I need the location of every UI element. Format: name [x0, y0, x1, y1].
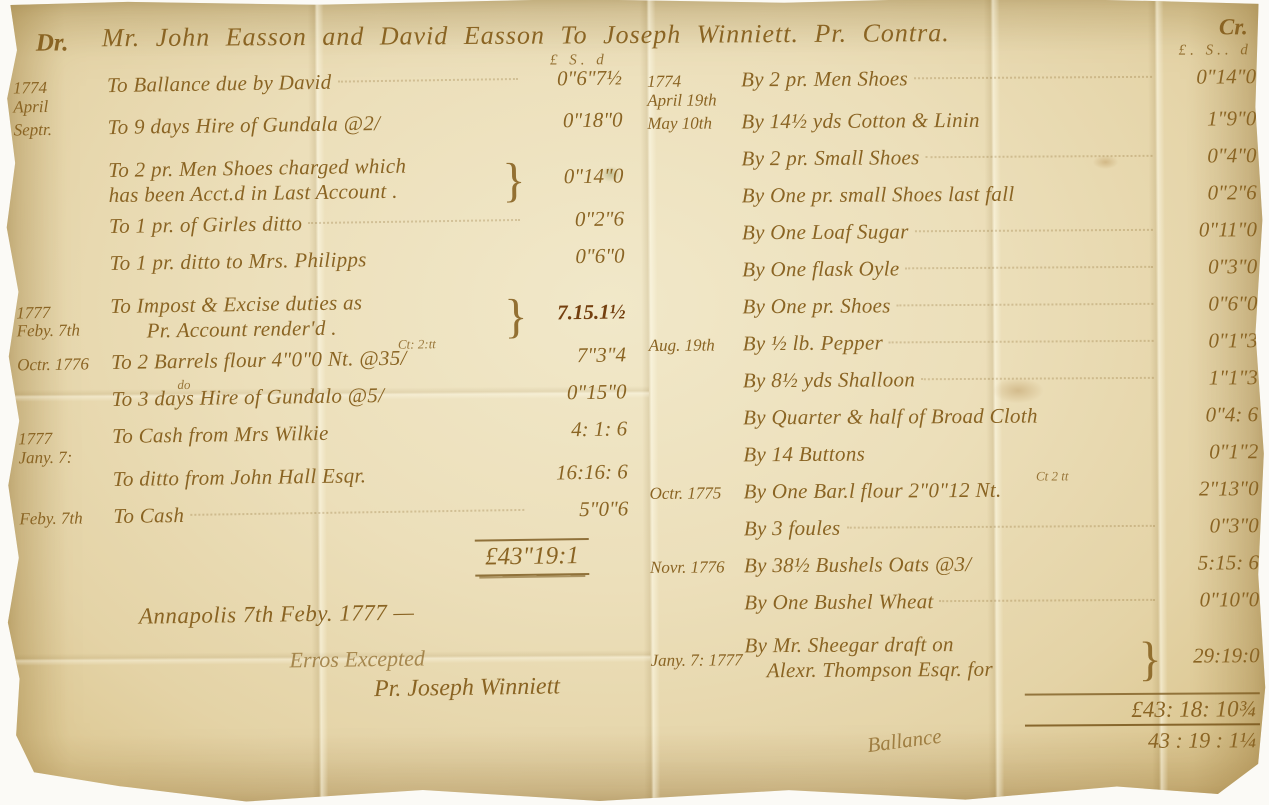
- spacer: [329, 437, 529, 440]
- entry-date: [18, 402, 112, 407]
- balance-total: 43 : 19 : 1¼: [1148, 728, 1256, 754]
- entry-description: By One flask Oyle: [742, 257, 899, 283]
- entry-date: Octr. 1775: [649, 481, 743, 504]
- entry-description: By One Loaf Sugar: [742, 220, 909, 246]
- entry-amount: 5:15: 6: [1161, 551, 1259, 577]
- entry-description: By 2 pr. Men Shoes: [741, 66, 908, 92]
- entry-line1: To Impost & Excise duties as: [110, 291, 362, 320]
- entry-date: Jany. 7: 1777: [651, 647, 745, 670]
- ledger-columns: 1774 April To Ballance due by David 0"6"…: [16, 64, 1260, 804]
- entry-date: [649, 458, 743, 463]
- entry-amount: 7.15.1½: [527, 299, 625, 325]
- entry-date: Novr. 1776: [650, 555, 744, 578]
- entry-description: By One Bushel Wheat: [744, 590, 934, 616]
- entry-description: By Mr. Sheegar draft on Alexr. Thompson …: [744, 632, 993, 684]
- ledger-row: 1774 April 19th By 2 pr. Men Shoes 0"14"…: [647, 64, 1256, 110]
- entry-date: [649, 421, 743, 426]
- entry-date: [648, 236, 742, 241]
- ledger-row: By One flask Oyle 0"3"0: [648, 255, 1257, 296]
- errors-excepted: Erros Excepted: [289, 642, 630, 673]
- ledger-row: By 8½ yds Shalloon 1"1"3: [649, 366, 1258, 407]
- entry-description: To ditto from John Hall Esqr.: [113, 463, 367, 492]
- scanned-ledger-page: Dr. Mr. John Easson and David Easson To …: [0, 0, 1269, 805]
- dotted-leader: [921, 377, 1154, 380]
- entry-description: To 2 pr. Men Shoes charged which has bee…: [108, 154, 407, 208]
- entry-amount: 4: 1: 6: [529, 417, 627, 443]
- ledger-row: May 10th By 14½ yds Cotton & Linin 1"9"0: [647, 107, 1256, 148]
- balance-label: Ballance: [866, 724, 943, 758]
- entry-description: By 3 foules: [744, 516, 841, 542]
- ledger-row: To 2 pr. Men Shoes charged which has bee…: [14, 145, 624, 216]
- entry-date: Aug. 19th: [649, 333, 743, 356]
- entry-line2: Alexr. Thompson Esqr. for: [767, 657, 993, 683]
- ledger-row: By One Bushel Wheat 0"10"0: [650, 588, 1259, 629]
- entry-description: By 8½ yds Shalloon: [743, 368, 915, 394]
- entry-date: [16, 266, 110, 271]
- entry-line2: Pr. Account render'd .: [146, 316, 362, 344]
- entry-amount: 0"2"6: [526, 207, 624, 233]
- entry-description: By Quarter & half of Broad Cloth: [743, 404, 1038, 431]
- dotted-leader: [897, 303, 1154, 307]
- spacer: [366, 480, 530, 482]
- brace-glyph: }: [1138, 641, 1161, 680]
- dotted-leader: [338, 78, 518, 83]
- spacer: [380, 128, 524, 130]
- spacer: [362, 314, 498, 316]
- spacer: [384, 400, 528, 402]
- entry-date: 1777 Feby. 7th: [16, 299, 111, 342]
- entry-date: [14, 181, 108, 186]
- ledger-row: 1777 Feby. 7th To Impost & Excise duties…: [16, 281, 626, 352]
- spacer: [407, 363, 528, 365]
- dotted-leader: [940, 599, 1156, 602]
- spacer: [865, 459, 1160, 461]
- brace-glyph: }: [504, 298, 528, 337]
- entry-line2: has been Acct.d in Last Account .: [108, 179, 406, 208]
- entry-description: To 1 pr. ditto to Mrs. Philipps: [109, 248, 366, 277]
- ledger-row: By 14 Buttons 0"1"2: [649, 440, 1258, 481]
- entry-date: [648, 199, 742, 204]
- entry-amount: 0"3"0: [1159, 255, 1257, 281]
- entry-amount: 0"11"0: [1159, 218, 1257, 244]
- entry-amount: 0"14"0: [525, 163, 623, 189]
- entry-date: 1774 April 19th: [647, 68, 741, 110]
- entry-date: Feby. 7th: [19, 505, 113, 529]
- entry-date: Septr.: [13, 116, 107, 140]
- credit-label: Cr.: [1219, 14, 1248, 40]
- account-title: Mr. John Easson and David Easson To Jose…: [102, 17, 1122, 53]
- entry-date: May 10th: [647, 111, 741, 134]
- entry-date: 1777 Jany. 7:: [18, 425, 113, 468]
- spacer: [971, 570, 1161, 571]
- dotted-leader: [846, 525, 1154, 529]
- entry-amount: 0"14"0: [1158, 64, 1256, 90]
- entry-description: By 2 pr. Small Shoes: [741, 146, 919, 172]
- entry-amount: 0"6"7½: [524, 65, 622, 91]
- entry-amount: 0"15"0: [528, 380, 626, 406]
- spacer: [367, 264, 527, 266]
- entry-date: [15, 229, 109, 234]
- spacer: [1038, 422, 1160, 423]
- weight-note: Ct: 2:tt: [398, 337, 436, 354]
- entry-amount: 1"9"0: [1158, 107, 1256, 133]
- entry-date: [649, 384, 743, 389]
- dotted-leader: [915, 229, 1153, 232]
- entry-amount: 0"2"6: [1159, 181, 1257, 207]
- entry-date: [650, 606, 744, 611]
- entry-amount: 0"10"0: [1161, 588, 1259, 614]
- spacer: [1014, 200, 1158, 201]
- ledger-row: By 2 pr. Small Shoes 0"4"0: [647, 144, 1256, 185]
- entry-description: To 2 Barrels flour 4"0"0 Nt. @35/: [111, 346, 407, 375]
- entry-date: 1774 April: [13, 74, 108, 117]
- ledger-sheet: Dr. Mr. John Easson and David Easson To …: [2, 0, 1269, 805]
- entry-description: To Cash from Mrs Wilkie: [112, 421, 329, 449]
- entry-date: Octr. 1776: [17, 351, 111, 375]
- credit-column: 1774 April 19th By 2 pr. Men Shoes 0"14"…: [647, 64, 1260, 800]
- signature: Pr. Joseph Winniett: [374, 672, 631, 703]
- entry-date: [19, 482, 113, 487]
- place-and-date: Annapolis 7th Feby. 1777 —: [139, 596, 630, 629]
- entry-amount: 0"1"2: [1160, 440, 1258, 466]
- entry-description: By 14 Buttons: [743, 442, 865, 468]
- entry-description: By 14½ yds Cotton & Linin: [741, 108, 980, 134]
- debit-total-row: £43"19:1: [20, 538, 589, 583]
- entry-description: To 3 days Hire of Gundalo @5/: [111, 383, 384, 412]
- ledger-row: Jany. 7: 1777 By Mr. Sheegar draft on Al…: [650, 625, 1259, 691]
- credit-subtotal: £43: 18: 10¾: [1025, 693, 1260, 725]
- entry-amount: 0"1"3: [1160, 329, 1258, 355]
- entry-amount: 0"4: 6: [1160, 403, 1258, 429]
- entry-date: [648, 310, 742, 315]
- entry-amount: 29:19:0: [1161, 643, 1259, 669]
- entry-date: [648, 162, 742, 167]
- entry-description: By One pr. small Shoes last fall: [742, 182, 1015, 209]
- spacer: [980, 126, 1158, 127]
- entry-date: [648, 273, 742, 278]
- entry-description: To Impost & Excise duties as Pr. Account…: [110, 291, 363, 345]
- debit-total: £43"19:1: [475, 538, 589, 577]
- ledger-row: Novr. 1776 By 38½ Bushels Oats @3/ 5:15:…: [650, 551, 1259, 592]
- entry-amount: 0"18"0: [524, 108, 622, 134]
- entry-amount: 7"3"4: [528, 343, 626, 369]
- entry-description: By 38½ Bushels Oats @3/: [744, 552, 972, 578]
- ledger-row: Feby. 7th To Cash 5"0"6: [19, 496, 628, 542]
- entry-description: By One Bar.l flour 2"0"12 Nt.: [743, 478, 1001, 505]
- entry-line1: By Mr. Sheegar draft on: [744, 632, 992, 659]
- entry-description: By One pr. Shoes: [742, 294, 890, 320]
- entry-amount: 1"1"3: [1160, 366, 1258, 392]
- entry-amount: 0"6"0: [526, 244, 624, 270]
- entry-amount: 5"0"6: [530, 496, 628, 522]
- spacer: [1002, 496, 1161, 497]
- entry-date: [650, 532, 744, 537]
- brace-glyph: }: [502, 162, 526, 201]
- dotted-leader: [190, 509, 524, 516]
- dotted-leader: [905, 266, 1153, 270]
- ledger-row: By 3 foules 0"3"0: [650, 514, 1259, 555]
- ledger-row: Aug. 19th By ½ lb. Pepper 0"1"3: [649, 329, 1258, 370]
- entry-amount: 2"13"0: [1160, 477, 1258, 503]
- entry-description: To Ballance due by David: [107, 70, 332, 98]
- entry-description: To 9 days Hire of Gundala @2/: [107, 111, 380, 140]
- entry-amount: 0"6"0: [1159, 292, 1257, 318]
- debit-column: 1774 April To Ballance due by David 0"6"…: [13, 65, 633, 805]
- balance-total-row: Ballance 43 : 19 : 1¼: [1025, 724, 1260, 755]
- entry-description: To 1 pr. of Girles ditto: [109, 212, 302, 240]
- entry-description: By ½ lb. Pepper: [743, 331, 884, 357]
- dotted-leader: [889, 340, 1154, 344]
- entry-amount: 0"3"0: [1161, 514, 1259, 540]
- dotted-leader: [914, 76, 1152, 79]
- entry-description: To Cash: [113, 503, 184, 529]
- ledger-row: By One Loaf Sugar 0"11"0: [648, 218, 1257, 259]
- credit-totals: £43: 18: 10¾ Ballance 43 : 19 : 1¼: [1025, 693, 1260, 755]
- currency-header-right: £. S.. d: [1179, 42, 1252, 59]
- ledger-row: By One pr. Shoes 0"6"0: [648, 292, 1257, 333]
- dotted-leader: [926, 155, 1153, 158]
- spacer: [993, 656, 1133, 657]
- debit-label: Dr.: [36, 29, 69, 57]
- entry-amount: 16:16: 6: [530, 459, 628, 485]
- ditto-note: do: [177, 377, 190, 393]
- ledger-row: By One pr. small Shoes last fall 0"2"6: [648, 181, 1257, 222]
- ledger-row: Octr. 1775 Ct 2 tt By One Bar.l flour 2"…: [649, 477, 1258, 518]
- spacer: [406, 178, 496, 179]
- weight-note: Ct 2 tt: [1036, 469, 1069, 485]
- dotted-leader: [308, 219, 520, 224]
- entry-amount: 0"4"0: [1158, 144, 1256, 170]
- ledger-row: By Quarter & half of Broad Cloth 0"4: 6: [649, 403, 1258, 444]
